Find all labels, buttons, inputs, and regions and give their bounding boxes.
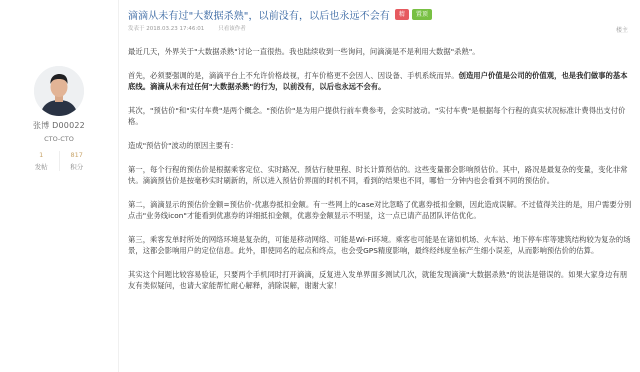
paragraph-conclusion: 其实这个问题比较容易验证，只要两个手机同时打开滴滴，反复进入发单界面多测试几次，…: [128, 269, 633, 291]
post-main: 滴滴从未有过"大数据杀熟"，以前没有，以后也永远不会有 精 置顶 发表于 201…: [118, 0, 640, 372]
only-author-link[interactable]: 只看该作者: [218, 24, 246, 32]
post-title-row: 滴滴从未有过"大数据杀熟"，以前没有，以后也永远不会有 精 置顶: [128, 7, 432, 22]
paragraph-intro: 最近几天，外界关于"大数据杀熟"讨论一直很热。我也陆续收到一些询问，问滴滴是不是…: [128, 46, 633, 57]
stat-posts-label: 发帖: [35, 162, 48, 171]
paragraph-cause-2: 第二，滴滴显示的预估价金额=预估价-优惠券抵扣金额。有一些网上的case对比忽略…: [128, 199, 633, 221]
stat-points: 817 积分: [59, 151, 95, 171]
post-content: 最近几天，外界关于"大数据杀熟"讨论一直很热。我也陆续收到一些询问，问滴滴是不是…: [128, 46, 633, 304]
paragraph-causes-heading: 造成"预估价"波动的原因主要有：: [128, 140, 633, 151]
essence-badge: 精: [395, 9, 409, 20]
stat-points-label: 积分: [70, 162, 83, 171]
stat-posts-value[interactable]: 1: [39, 151, 43, 159]
avatar-portrait-icon: [34, 66, 84, 116]
post-title: 滴滴从未有过"大数据杀熟"，以前没有，以后也永远不会有: [128, 7, 390, 22]
post-timestamp: 发表于 2018.03.23 17:46:01: [128, 24, 204, 32]
paragraph-cause-1: 第一，每个行程的预估价是根据乘客定位、实时路况、预估行驶里程、时长计算预估的。这…: [128, 164, 633, 186]
author-stats: 1 发帖 817 积分: [24, 151, 94, 171]
paragraph-first: 首先，必须要强调的是，滴滴平台上不允许价格歧视，打车价格更不会因人、因设备、手机…: [128, 70, 633, 92]
post-meta: 发表于 2018.03.23 17:46:01 只看该作者: [128, 24, 246, 32]
paragraph-first-normal: 首先，必须要强调的是，滴滴平台上不允许价格歧视，打车价格更不会因人、因设备、手机…: [128, 71, 459, 80]
stat-posts: 1 发帖: [24, 151, 59, 171]
paragraph-cause-3: 第三，乘客发单时所处的网络环境是复杂的，可能是移动网络、可能是Wi-Fi环境。乘…: [128, 234, 633, 256]
author-title: CTO-CTO: [44, 135, 74, 143]
author-avatar[interactable]: [34, 66, 84, 116]
paragraph-second: 其次，"预估价"和"实付车费"是两个概念。"预估价"是为用户提供行前车费参考，会…: [128, 105, 633, 127]
author-name[interactable]: 张博 D00022: [33, 120, 85, 131]
author-sidebar: 张博 D00022 CTO-CTO 1 发帖 817 积分: [0, 0, 118, 372]
stat-points-value[interactable]: 817: [71, 151, 83, 159]
floor-label: 楼主: [616, 25, 628, 34]
pinned-badge: 置顶: [412, 9, 432, 20]
